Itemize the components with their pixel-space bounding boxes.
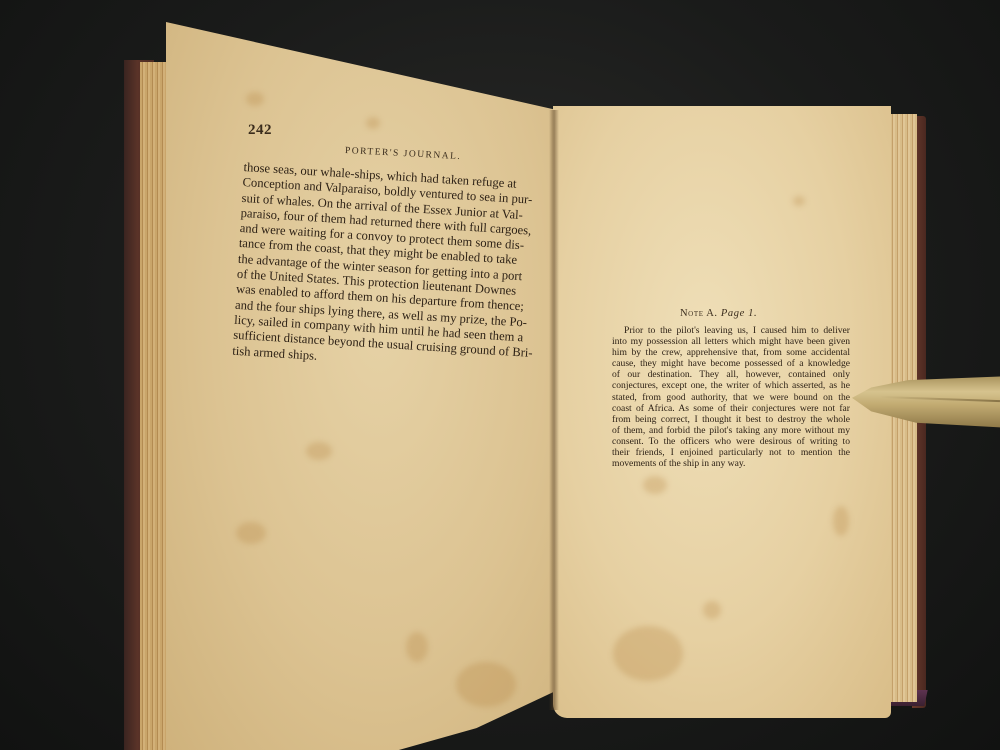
text-line: conjectures, except one, the writer of w… (612, 380, 850, 391)
left-page-body: those seas, our whale-ships, which had t… (232, 160, 514, 375)
text-line: Prior to the pilot's leaving us, I cause… (612, 325, 850, 336)
note-page-ref: Page 1. (721, 308, 757, 319)
photo-scene: 242 PORTER'S JOURNAL. those seas, our wh… (0, 0, 1000, 750)
page-block-edge-left (140, 62, 169, 750)
text-line: stated, from good authority, that we wer… (612, 392, 850, 403)
page-number: 242 (248, 122, 272, 139)
right-page-body: Prior to the pilot's leaving us, I cause… (612, 325, 850, 469)
text-line: of our destination. They all, however, c… (612, 369, 850, 380)
text-line: cause, they might have become possessed … (612, 358, 850, 369)
left-page (166, 22, 554, 750)
text-line: of them, and forbid the pilot's taking a… (612, 425, 850, 436)
text-line: coast of Africa. As some of their conjec… (612, 403, 850, 414)
text-line: him by the crew, apprehensive that, from… (612, 347, 850, 358)
note-label: Note A. (680, 308, 718, 319)
text-line: from being correct, I thought it best to… (612, 414, 850, 425)
text-line: consent. To the officers who were desiro… (612, 436, 850, 447)
book-gutter (549, 110, 559, 710)
note-heading: Note A. Page 1. (680, 308, 757, 319)
text-line: into my possession all letters which mig… (612, 336, 850, 347)
text-line: movements of the ship in any way. (612, 458, 850, 469)
text-line: their friends, I enjoined particularly n… (612, 447, 850, 458)
